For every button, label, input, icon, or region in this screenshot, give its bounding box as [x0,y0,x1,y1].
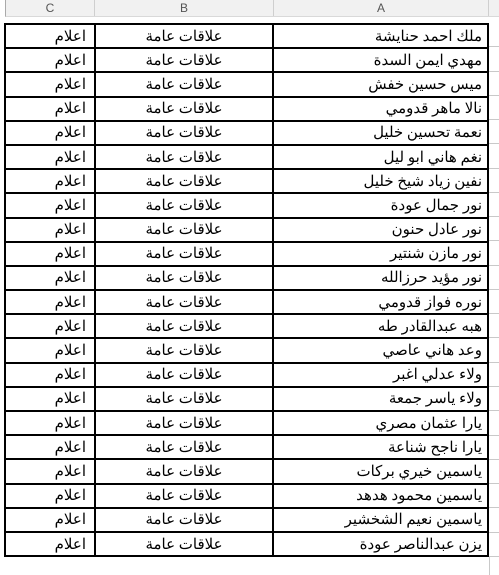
cell-a[interactable]: ميس حسين خفش [274,73,487,95]
table-row: اعلام علاقات عامة يارا ناجح شناعة [6,436,487,460]
cell-b[interactable]: علاقات عامة [96,388,274,410]
cell-a[interactable]: ياسمين نعيم الشخشير [274,509,487,531]
cell-a[interactable]: هبه عبدالقادر طه [274,315,487,337]
table-row: اعلام علاقات عامة نعمة تحسين خليل [6,122,487,146]
cell-c[interactable]: اعلام [6,267,96,289]
table-row: اعلام علاقات عامة مهدي ايمن السدة [6,49,487,73]
table-row: اعلام علاقات عامة نور جمال عودة [6,194,487,218]
table-row: اعلام علاقات عامة ميس حسين خفش [6,73,487,97]
table-row: اعلام علاقات عامة ياسمين نعيم الشخشير [6,509,487,533]
table-row: اعلام علاقات عامة نالا ماهر قدومي [6,98,487,122]
table-row: اعلام علاقات عامة يزن عبدالناصر عودة [6,533,487,555]
cell-a[interactable]: يارا عثمان مصري [274,412,487,434]
cell-c[interactable]: اعلام [6,170,96,192]
cell-c[interactable]: اعلام [6,146,96,168]
partial-gridline-cell [489,411,499,435]
cell-b[interactable]: علاقات عامة [96,243,274,265]
cell-c[interactable]: اعلام [6,388,96,410]
column-header-c[interactable]: C [6,0,95,16]
cell-a[interactable]: نور مازن شنتير [274,243,487,265]
partial-gridline-cell [489,484,499,508]
partial-gridline-cell [489,460,499,484]
cell-c[interactable]: اعلام [6,436,96,458]
partial-gridline-cell [489,363,499,387]
cell-b[interactable]: علاقات عامة [96,122,274,144]
cell-a[interactable]: نعمة تحسين خليل [274,122,487,144]
cell-b[interactable]: علاقات عامة [96,49,274,71]
cell-b[interactable]: علاقات عامة [96,219,274,241]
cell-b[interactable]: علاقات عامة [96,170,274,192]
table-body: اعلام علاقات عامة ملك احمد حنايشة اعلام … [4,23,489,557]
cell-a[interactable]: نغم هاني ابو ليل [274,146,487,168]
table-row: اعلام علاقات عامة نور عادل حنون [6,219,487,243]
cell-b[interactable]: علاقات عامة [96,291,274,313]
cell-b[interactable]: علاقات عامة [96,315,274,337]
cell-b[interactable]: علاقات عامة [96,339,274,361]
cell-a[interactable]: نالا ماهر قدومي [274,98,487,120]
column-header-band: C B A [5,0,499,17]
cell-c[interactable]: اعلام [6,194,96,216]
partial-gridline-cell [489,241,499,265]
cell-c[interactable]: اعلام [6,460,96,482]
partial-gridline-cell [489,508,499,532]
cell-c[interactable]: اعلام [6,219,96,241]
cell-b[interactable]: علاقات عامة [96,412,274,434]
table-row: اعلام علاقات عامة ولاء ياسر جمعة [6,388,487,412]
cell-a[interactable]: نور جمال عودة [274,194,487,216]
cell-b[interactable]: علاقات عامة [96,460,274,482]
partial-gridline-cell [489,23,499,47]
partial-gridline-cell [489,144,499,168]
partial-gridline-cell [489,72,499,96]
cell-a[interactable]: نفين زياد شيخ خليل [274,170,487,192]
partial-gridline-cell [489,193,499,217]
partial-gridline-cell [489,47,499,71]
table-row: اعلام علاقات عامة ملك احمد حنايشة [6,25,487,49]
partial-gridline-cell [489,217,499,241]
table-row: اعلام علاقات عامة هبه عبدالقادر طه [6,315,487,339]
cell-b[interactable]: علاقات عامة [96,98,274,120]
partial-gridline-cell [489,314,499,338]
partial-gridline-cell [489,169,499,193]
cell-b[interactable]: علاقات عامة [96,509,274,531]
partial-gridline-cell [489,290,499,314]
cell-a[interactable]: ولاء ياسر جمعة [274,388,487,410]
cell-a[interactable]: ياسمين محمود هدهد [274,485,487,507]
cell-a[interactable]: ولاء عدلي اغبر [274,364,487,386]
table-row: اعلام علاقات عامة يارا عثمان مصري [6,412,487,436]
cell-a[interactable]: ملك احمد حنايشة [274,25,487,47]
partial-gridline-cell [489,533,499,557]
table-row: اعلام علاقات عامة وعد هاني عاصي [6,339,487,363]
table-row: اعلام علاقات عامة نوره فواز قدومي [6,291,487,315]
table-row: اعلام علاقات عامة ياسمين محمود هدهد [6,485,487,509]
cell-b[interactable]: علاقات عامة [96,73,274,95]
cell-a[interactable]: نور عادل حنون [274,219,487,241]
cell-a[interactable]: يزن عبدالناصر عودة [274,533,487,555]
cell-a[interactable]: وعد هاني عاصي [274,339,487,361]
column-header-partial [489,0,499,16]
table-row: اعلام علاقات عامة نور مؤيد حرزالله [6,267,487,291]
spreadsheet-view: C B A اعلام علاقات عامة ملك احمد حنايشة … [0,0,499,575]
partial-gridline-cell [489,338,499,362]
partial-gridline-cell [489,387,499,411]
table-row: اعلام علاقات عامة نغم هاني ابو ليل [6,146,487,170]
cell-c[interactable]: اعلام [6,49,96,71]
cell-a[interactable]: نوره فواز قدومي [274,291,487,313]
cell-c[interactable]: اعلام [6,315,96,337]
table-row: اعلام علاقات عامة نفين زياد شيخ خليل [6,170,487,194]
cell-c[interactable]: اعلام [6,412,96,434]
partial-column-gridlines [489,23,499,557]
cell-c[interactable]: اعلام [6,98,96,120]
cell-c[interactable]: اعلام [6,364,96,386]
cell-b[interactable]: علاقات عامة [96,146,274,168]
cell-a[interactable]: مهدي ايمن السدة [274,49,487,71]
column-header-b[interactable]: B [95,0,274,16]
cell-c[interactable]: اعلام [6,339,96,361]
cell-c[interactable]: اعلام [6,291,96,313]
table-row: اعلام علاقات عامة ياسمين خيري بركات [6,460,487,484]
table-row: اعلام علاقات عامة ولاء عدلي اغبر [6,364,487,388]
cell-c[interactable]: اعلام [6,122,96,144]
partial-gridline-cell [489,96,499,120]
cell-c[interactable]: اعلام [6,73,96,95]
cell-b[interactable]: علاقات عامة [96,436,274,458]
cell-c[interactable]: اعلام [6,25,96,47]
trailing-gridline [489,557,490,575]
cell-b[interactable]: علاقات عامة [96,25,274,47]
cell-b[interactable]: علاقات عامة [96,364,274,386]
partial-gridline-cell [489,436,499,460]
cell-a[interactable]: يارا ناجح شناعة [274,436,487,458]
cell-c[interactable]: اعلام [6,485,96,507]
cell-c[interactable]: اعلام [6,509,96,531]
cell-b[interactable]: علاقات عامة [96,533,274,555]
partial-gridline-cell [489,120,499,144]
cell-a[interactable]: نور مؤيد حرزالله [274,267,487,289]
cell-a[interactable]: ياسمين خيري بركات [274,460,487,482]
cell-c[interactable]: اعلام [6,533,96,555]
cell-b[interactable]: علاقات عامة [96,267,274,289]
column-header-a[interactable]: A [274,0,489,16]
cell-b[interactable]: علاقات عامة [96,485,274,507]
table-row: اعلام علاقات عامة نور مازن شنتير [6,243,487,267]
cell-c[interactable]: اعلام [6,243,96,265]
partial-gridline-cell [489,266,499,290]
cell-b[interactable]: علاقات عامة [96,194,274,216]
